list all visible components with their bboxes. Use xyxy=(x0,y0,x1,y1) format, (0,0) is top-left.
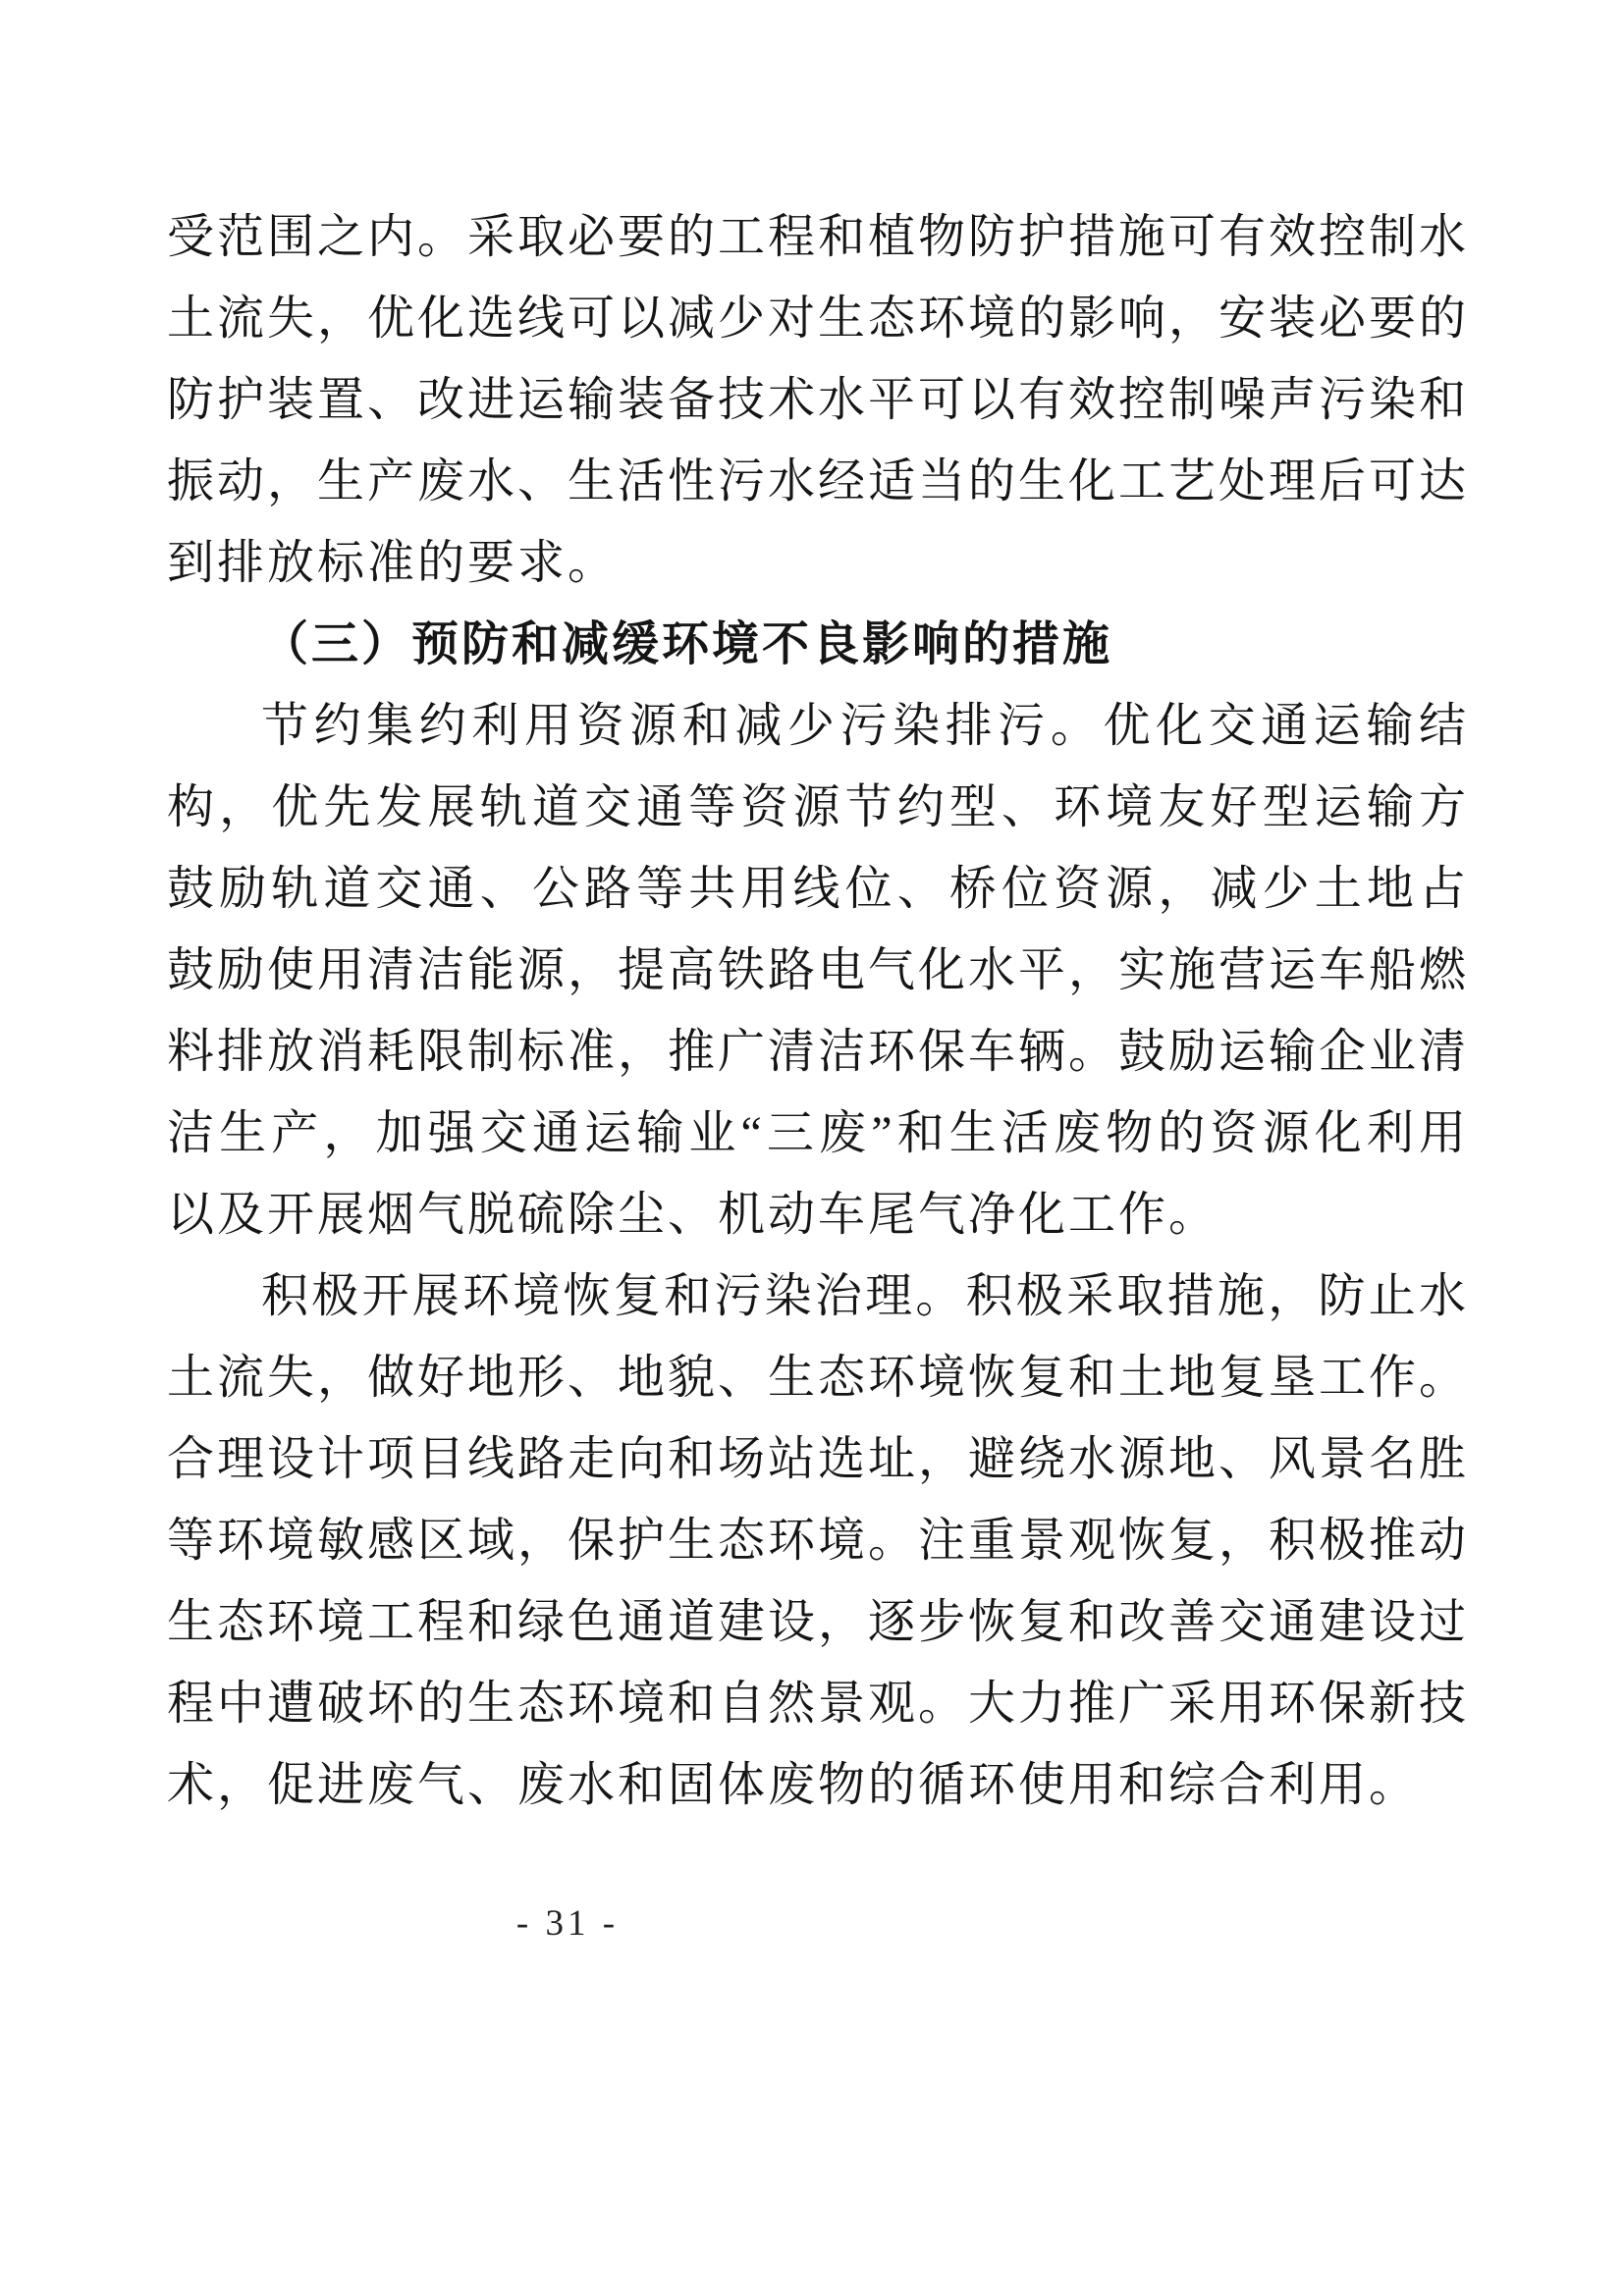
body-line: 术，促进废气、废水和固体废物的循环使用和综合利用。 xyxy=(167,1744,1469,1826)
body-line: 以及开展烟气脱硫除尘、机动车尾气净化工作。 xyxy=(167,1174,1469,1255)
body-line: 鼓励使用清洁能源，提高铁路电气化水平，实施营运车船燃 xyxy=(167,930,1469,1011)
body-line: 料排放消耗限制标准，推广清洁环保车辆。鼓励运输企业清 xyxy=(167,1011,1469,1093)
section-heading: （三）预防和减缓环境不良影响的措施 xyxy=(167,604,1469,685)
body-line: 合理设计项目线路走向和场站选址，避绕水源地、风景名胜 xyxy=(167,1418,1469,1500)
page-number: - 31 - xyxy=(516,1902,619,1945)
body-line: 防护装置、改进运输装备技术水平可以有效控制噪声污染和 xyxy=(167,359,1469,441)
body-line: 构，优先发展轨道交通等资源节约型、环境友好型运输方式。 xyxy=(167,767,1469,848)
body-line: 程中遭破坏的生态环境和自然景观。大力推广采用环保新技 xyxy=(167,1663,1469,1744)
body-line: 土流失，优化选线可以减少对生态环境的影响，安装必要的 xyxy=(167,278,1469,359)
document-page: 受范围之内。采取必要的工程和植物防护措施可有效控制水 土流失，优化选线可以减少对… xyxy=(0,0,1624,2296)
body-line: 振动，生产废水、生活性污水经适当的生化工艺处理后可达 xyxy=(167,441,1469,522)
body-line: 到排放标准的要求。 xyxy=(167,522,1469,604)
text-block: 受范围之内。采取必要的工程和植物防护措施可有效控制水 土流失，优化选线可以减少对… xyxy=(167,196,1469,1826)
body-line: 等环境敏感区域，保护生态环境。注重景观恢复，积极推动 xyxy=(167,1500,1469,1581)
body-line: 节约集约利用资源和减少污染排污。优化交通运输结 xyxy=(167,685,1469,767)
body-line: 土流失，做好地形、地貌、生态环境恢复和土地复垦工作。 xyxy=(167,1337,1469,1418)
body-line: 生态环境工程和绿色通道建设，逐步恢复和改善交通建设过 xyxy=(167,1581,1469,1663)
body-line: 鼓励轨道交通、公路等共用线位、桥位资源，减少土地占用。 xyxy=(167,848,1469,930)
body-line: 积极开展环境恢复和污染治理。积极采取措施，防止水 xyxy=(167,1255,1469,1337)
body-line: 洁生产，加强交通运输业“三废”和生活废物的资源化利用 xyxy=(167,1093,1469,1174)
body-line: 受范围之内。采取必要的工程和植物防护措施可有效控制水 xyxy=(167,196,1469,278)
